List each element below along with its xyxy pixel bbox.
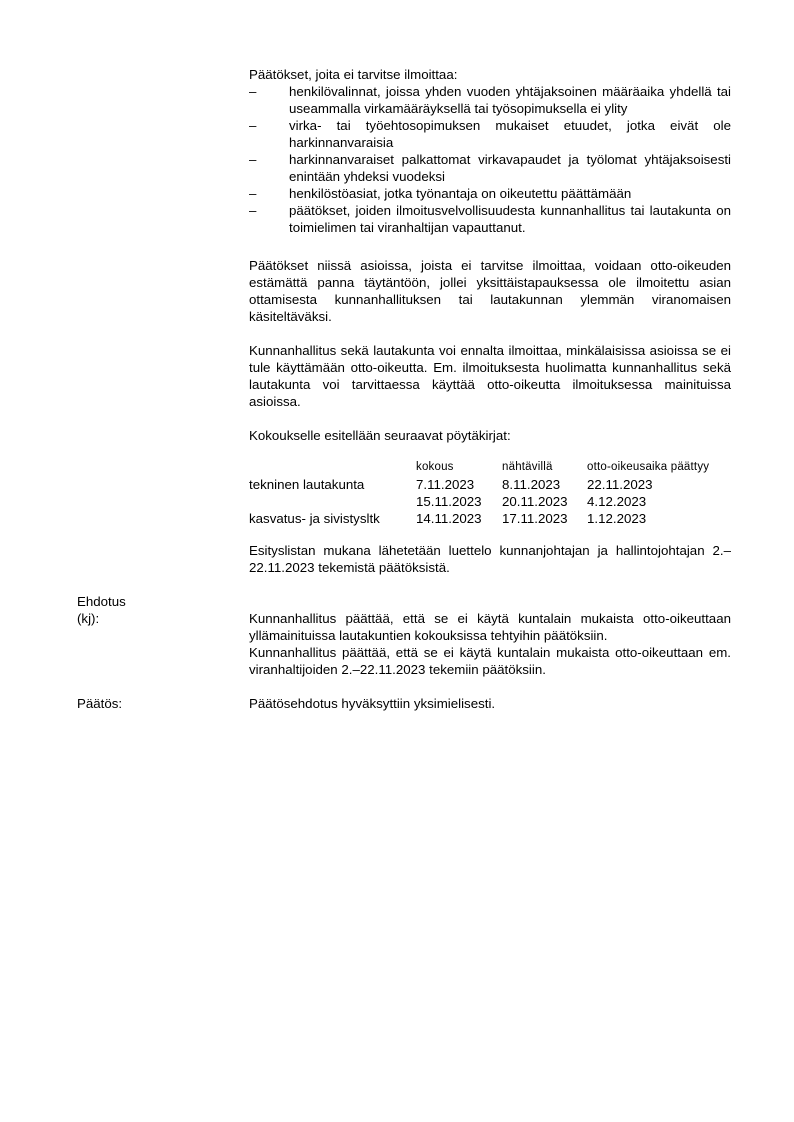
table-row: 15.11.2023 20.11.2023 4.12.2023 [249,493,709,510]
exempt-decisions-heading: Päätökset, joita ei tarvitse ilmoittaa: [249,66,731,83]
header-meeting: kokous [416,459,502,476]
header-deadline: otto-oikeusaika päättyy [587,459,709,476]
list-item: –harkinnanvaraiset palkattomat virkavapa… [249,151,731,185]
table-row: kasvatus- ja sivistysltk 14.11.2023 17.1… [249,510,709,527]
dash-bullet-icon: – [249,185,256,202]
decision-text: Päätösehdotus hyväksyttiin yksimielisest… [249,695,731,712]
minutes-intro-paragraph: Kokoukselle esitellään seuraavat pöytäki… [249,427,731,444]
proposal-text-2: Kunnanhallitus päättää, että se ei käytä… [249,644,731,678]
enforcement-paragraph: Päätökset niissä asioissa, joista ei tar… [249,257,731,325]
table-header-row: kokous nähtävillä otto-oikeusaika päätty… [249,459,709,476]
advance-notice-paragraph: Kunnanhallitus sekä lautakunta voi ennal… [249,342,731,410]
list-item: –päätökset, joiden ilmoitusvelvollisuude… [249,202,731,236]
list-item: –henkilöstöasiat, jotka työnantaja on oi… [249,185,731,202]
proposal-text-1: Kunnanhallitus päättää, että se ei käytä… [249,610,731,644]
list-item: –henkilövalinnat, joissa yhden vuoden yh… [249,83,731,117]
decisions-list-paragraph: Esityslistan mukana lähetetään luettelo … [249,542,731,576]
table-row: tekninen lautakunta 7.11.2023 8.11.2023 … [249,476,709,493]
list-item: –virka- tai työehtosopimuksen mukaiset e… [249,117,731,151]
decision-label: Päätös: [77,695,122,712]
exempt-decisions-section: Päätökset, joita ei tarvitse ilmoittaa: … [249,66,731,236]
header-on-display: nähtävillä [502,459,587,476]
dash-bullet-icon: – [249,202,256,219]
dash-bullet-icon: – [249,117,256,134]
dash-bullet-icon: – [249,83,256,100]
dash-bullet-icon: – [249,151,256,168]
proposal-label: Ehdotus (kj): [77,593,126,627]
proposal-text: Kunnanhallitus päättää, että se ei käytä… [249,610,731,678]
minutes-table: kokous nähtävillä otto-oikeusaika päätty… [249,459,709,527]
exempt-decisions-list: –henkilövalinnat, joissa yhden vuoden yh… [249,83,731,236]
